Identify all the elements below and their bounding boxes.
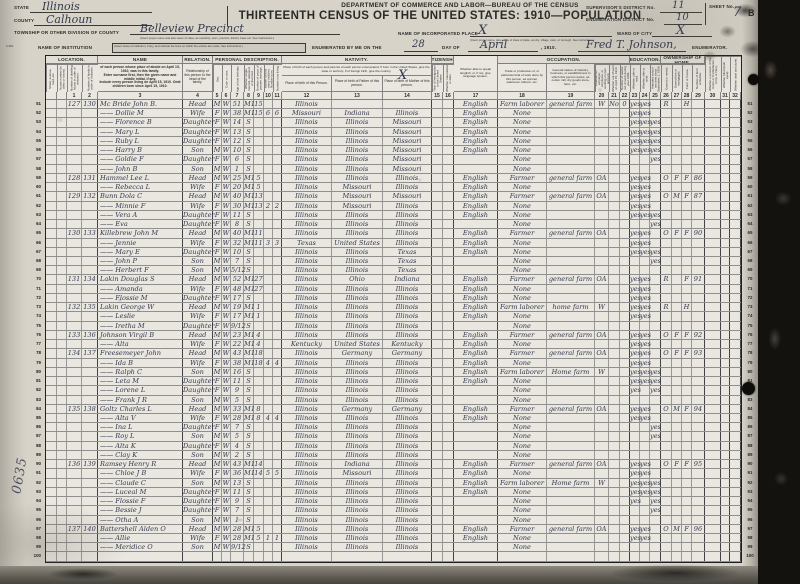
- cell-dw: 132: [67, 303, 82, 311]
- cell-deaf: [730, 229, 741, 237]
- cell-yrs: [254, 220, 264, 228]
- cell-fam: [82, 386, 98, 394]
- cell-sch: [650, 451, 661, 459]
- cell-mar: M1: [244, 331, 254, 339]
- cell-own: [661, 322, 672, 330]
- table-row: —— Alta VWifeFW28M1844IllinoisIllinoisIl…: [46, 414, 741, 423]
- cell-farm: [682, 109, 692, 117]
- cell-sched: [692, 497, 705, 505]
- cell-street: [46, 377, 57, 385]
- cell-eng: English: [454, 469, 498, 477]
- cell-rel: Head: [183, 349, 213, 357]
- cell-cls: [595, 109, 609, 117]
- cell-rd: yes: [630, 202, 640, 210]
- cell-age: 11: [231, 377, 244, 385]
- enumeration-district-label: ENUMERATION DISTRICT No.: [586, 17, 654, 22]
- cell-bf: Illinois: [332, 534, 383, 542]
- cell-race: W: [222, 386, 231, 394]
- cell-house: [57, 248, 67, 256]
- cell-sch: yes: [650, 386, 661, 394]
- table-row: —— Vera ADaughterFW11SIllinoisIllinoisIl…: [46, 211, 741, 220]
- cell-bp: Illinois: [282, 118, 332, 126]
- cell-occ: None: [498, 506, 547, 514]
- cell-cls: [595, 266, 609, 274]
- cell-sched: [692, 432, 705, 440]
- cell-mort: [672, 202, 682, 210]
- cell-bp: Illinois: [282, 211, 332, 219]
- cell-bf: Illinois: [332, 303, 383, 311]
- cell-deaf: [730, 432, 741, 440]
- institution-label: NAME OF INSTITUTION: [38, 45, 92, 50]
- cell-cb: [264, 294, 273, 302]
- cell-blind: [721, 100, 730, 108]
- cell-sex: [213, 552, 222, 560]
- cell-ind: general farm: [547, 100, 595, 108]
- cell-farm: H: [682, 100, 692, 108]
- cell-eng: English: [454, 146, 498, 154]
- cell-sch: yes: [650, 377, 661, 385]
- cell-ind: [547, 423, 595, 431]
- cell-fam: [82, 146, 98, 154]
- cell-fam: [82, 137, 98, 145]
- cell-mar: M1: [244, 100, 254, 108]
- cell-ow: [609, 312, 620, 320]
- cell-own: [661, 340, 672, 348]
- cell-sched: 87: [692, 192, 705, 200]
- column-number-farm: 28: [682, 92, 692, 100]
- cell-name: —— Bessie J: [98, 506, 183, 514]
- cell-farm: [682, 368, 692, 376]
- cell-blind: [721, 534, 730, 542]
- cell-house: [57, 211, 67, 219]
- cell-bf: Illinois: [332, 497, 383, 505]
- cell-mar: M1: [244, 469, 254, 477]
- line-number: 95: [27, 505, 43, 514]
- cell-yrs: 11: [254, 229, 264, 237]
- cell-ind: [547, 442, 595, 450]
- column-group-title: OWNERSHIP OF HOME.: [661, 56, 705, 64]
- cell-house: [57, 202, 67, 210]
- cell-house: [57, 479, 67, 487]
- column-header-yrs: Number of years of present marriage.: [254, 64, 264, 92]
- cell-cb: [264, 525, 273, 533]
- cell-wk: [620, 396, 630, 404]
- line-number: 87: [27, 431, 43, 440]
- cell-ow: [609, 146, 620, 154]
- cell-own: O: [661, 460, 672, 468]
- cell-bf: Illinois: [332, 257, 383, 265]
- cell-ow: [609, 331, 620, 339]
- cell-yrs: 1: [254, 312, 264, 320]
- cell-house: [57, 349, 67, 357]
- cell-yrs: [254, 155, 264, 163]
- line-number: 78: [27, 348, 43, 357]
- cell-wr: yes: [640, 340, 650, 348]
- cell-bp: Illinois: [282, 155, 332, 163]
- cell-street: [46, 294, 57, 302]
- cell-deaf: [730, 239, 741, 247]
- cell-cls: OA: [595, 405, 609, 413]
- cell-ow: [609, 349, 620, 357]
- cell-bf: Missouri: [332, 183, 383, 191]
- cell-deaf: [730, 211, 741, 219]
- cell-name: —— Otha A: [98, 516, 183, 524]
- cell-street: [46, 312, 57, 320]
- column-number-imm: 15: [432, 92, 443, 100]
- cell-cls: [595, 322, 609, 330]
- cell-dw: 134: [67, 349, 82, 357]
- cell-occ: None: [498, 312, 547, 320]
- cell-yrs: 27: [254, 275, 264, 283]
- cell-farm: [682, 322, 692, 330]
- column-header-occ: Trade or profession of, or particular ki…: [498, 64, 547, 92]
- cell-age: 20: [231, 183, 244, 191]
- cell-bp: Illinois: [282, 165, 332, 173]
- cell-ow: [609, 506, 620, 514]
- cell-name: —— Allie: [98, 534, 183, 542]
- cell-house: [57, 229, 67, 237]
- cell-dw: [67, 109, 82, 117]
- cell-sch: yes: [650, 118, 661, 126]
- cell-fam: [82, 165, 98, 173]
- cell-mort: [672, 423, 682, 431]
- cell-nat: [443, 118, 454, 126]
- cell-bf: Illinois: [332, 211, 383, 219]
- cell-age: 9/12: [231, 322, 244, 330]
- cell-imm: [432, 109, 443, 117]
- cell-sch: [650, 174, 661, 182]
- cell-occ: Farmer: [498, 405, 547, 413]
- cell-eng: English: [454, 109, 498, 117]
- cell-blind: [721, 488, 730, 496]
- cell-bp: Illinois: [282, 423, 332, 431]
- cell-mar: M1: [244, 349, 254, 357]
- cell-bf: Illinois: [332, 220, 383, 228]
- cell-cb: [264, 137, 273, 145]
- township-note: (Insert proper name and also name of cla…: [140, 36, 274, 40]
- cell-ind: [547, 552, 595, 560]
- cell-sch: [650, 303, 661, 311]
- cell-bm: Illinois: [383, 109, 432, 117]
- cell-mort: [672, 368, 682, 376]
- cell-rd: yes: [630, 359, 640, 367]
- cell-cb: [264, 506, 273, 514]
- cell-ind: [547, 386, 595, 394]
- cell-rel: Son: [183, 479, 213, 487]
- cell-house: [57, 414, 67, 422]
- cell-cl: [273, 312, 282, 320]
- column-header-deaf: Whether deaf and dumb.: [730, 56, 741, 92]
- cell-ind: general farm: [547, 174, 595, 182]
- cell-cb: [264, 303, 273, 311]
- cell-blind: [721, 211, 730, 219]
- cell-mar: S: [244, 396, 254, 404]
- column-group-title: OCCUPATION.: [498, 56, 630, 64]
- cell-cb: [264, 211, 273, 219]
- cell-mar: M1: [244, 460, 254, 468]
- cell-race: W: [222, 202, 231, 210]
- cell-sch: [650, 340, 661, 348]
- cell-dw: 137: [67, 525, 82, 533]
- cell-own: [661, 534, 672, 542]
- column-header-bp: Place of birth of this Person.: [282, 76, 332, 92]
- cell-occ: None: [498, 165, 547, 173]
- cell-street: [46, 340, 57, 348]
- cell-nat: [443, 165, 454, 173]
- cell-mort: [672, 432, 682, 440]
- cell-cb: [264, 285, 273, 293]
- cell-name: Lakin George W: [98, 303, 183, 311]
- cell-own: R: [661, 275, 672, 283]
- cell-war: [705, 488, 721, 496]
- cell-occ: Farmer: [498, 229, 547, 237]
- cell-fam: [82, 516, 98, 524]
- cell-imm: [432, 202, 443, 210]
- cell-sch: [650, 109, 661, 117]
- cell-age: 4: [231, 442, 244, 450]
- line-number: 79: [27, 358, 43, 367]
- cell-cls: W: [595, 303, 609, 311]
- cell-mar: S: [244, 220, 254, 228]
- cell-war: [705, 525, 721, 533]
- cell-house: [57, 183, 67, 191]
- cell-sch: [650, 534, 661, 542]
- cell-sch: yes: [650, 497, 661, 505]
- cell-farm: [682, 285, 692, 293]
- cell-fam: [82, 506, 98, 514]
- cell-name: Battershell Alden O: [98, 525, 183, 533]
- cell-bf: Missouri: [332, 469, 383, 477]
- cell-house: [57, 340, 67, 348]
- enumerated-day: 28: [412, 39, 425, 50]
- cell-cls: [595, 155, 609, 163]
- cell-wk: [620, 192, 630, 200]
- cell-deaf: [730, 220, 741, 228]
- cell-rd: yes: [630, 109, 640, 117]
- cell-own: O: [661, 174, 672, 182]
- cell-house: [57, 359, 67, 367]
- cell-deaf: [730, 183, 741, 191]
- cell-cl: [273, 331, 282, 339]
- cell-wr: [640, 165, 650, 173]
- cell-blind: [721, 497, 730, 505]
- cell-wr: [640, 516, 650, 524]
- cell-war: [705, 137, 721, 145]
- cell-war: [705, 405, 721, 413]
- cell-sex: M: [213, 192, 222, 200]
- cell-ind: [547, 451, 595, 459]
- table-row: 128131Hammel Lee LHeadMW25M15IllinoisIll…: [46, 174, 741, 183]
- cell-cls: [595, 451, 609, 459]
- column-number-dw: 1: [67, 92, 82, 100]
- cell-bp: Illinois: [282, 414, 332, 422]
- cell-mort: [672, 183, 682, 191]
- column-number-cb: 10: [264, 92, 273, 100]
- cell-yrs: 27: [254, 285, 264, 293]
- cell-fam: [82, 128, 98, 136]
- column-header-war: Whether a survivor of the Union or Confe…: [705, 56, 721, 92]
- cell-fam: 140: [82, 525, 98, 533]
- cell-bm: Illinois: [383, 396, 432, 404]
- cell-occ: None: [498, 257, 547, 265]
- cell-nat: [443, 479, 454, 487]
- cell-mort: F: [672, 349, 682, 357]
- cell-ow: [609, 211, 620, 219]
- cell-bm: Texas: [383, 248, 432, 256]
- cell-bm: Illinois: [383, 432, 432, 440]
- cell-cl: [273, 266, 282, 274]
- cell-ow: [609, 469, 620, 477]
- cell-ow: [609, 516, 620, 524]
- enumerator-label: ENUMERATOR.: [692, 45, 727, 50]
- cell-wr: [640, 396, 650, 404]
- cell-farm: [682, 543, 692, 551]
- cell-war: [705, 128, 721, 136]
- cell-cb: 4: [264, 414, 273, 422]
- cell-bp: Illinois: [282, 386, 332, 394]
- cell-rel: Wife: [183, 312, 213, 320]
- cell-ow: [609, 266, 620, 274]
- enumerator-underline: [578, 51, 686, 52]
- cell-farm: F: [682, 331, 692, 339]
- table-row: —— Frank J RSonMW5SIllinoisIllinoisIllin…: [46, 396, 741, 405]
- cell-mar: S: [244, 506, 254, 514]
- cell-ind: general farm: [547, 229, 595, 237]
- cell-yrs: [254, 266, 264, 274]
- cell-wk: [620, 146, 630, 154]
- cell-own: O: [661, 229, 672, 237]
- cell-mar: M1: [244, 229, 254, 237]
- cell-rel: Daughter: [183, 155, 213, 163]
- table-row: —— Meridice OSonMW9/12SIllinoisIllinoisI…: [46, 543, 741, 552]
- cell-sex: F: [213, 109, 222, 117]
- day-underline: [404, 51, 438, 52]
- table-row: —— EvaDaughterFW8SIllinoisIllinoisIllino…: [46, 220, 741, 229]
- cell-bp: Illinois: [282, 432, 332, 440]
- cell-bp: Illinois: [282, 266, 332, 274]
- cell-wr: yes: [640, 331, 650, 339]
- cell-farm: [682, 202, 692, 210]
- line-number: 85: [27, 413, 43, 422]
- cell-name: —— Ralph C: [98, 368, 183, 376]
- cell-wk: [620, 405, 630, 413]
- cell-rel: Daughter: [183, 377, 213, 385]
- table-row: —— Dollie MWifeFW38M11566MissouriIndiana…: [46, 109, 741, 118]
- cell-eng: English: [454, 239, 498, 247]
- cell-nat: [443, 183, 454, 191]
- cell-blind: [721, 460, 730, 468]
- cell-fam: [82, 239, 98, 247]
- cell-own: [661, 239, 672, 247]
- cell-race: W: [222, 525, 231, 533]
- cell-race: W: [222, 396, 231, 404]
- cell-nat: [443, 414, 454, 422]
- cell-bm: Illinois: [383, 359, 432, 367]
- cell-wk: [620, 211, 630, 219]
- cell-sex: M: [213, 257, 222, 265]
- cell-ind: [547, 322, 595, 330]
- cell-bm: Illinois: [383, 285, 432, 293]
- cell-wk: [620, 303, 630, 311]
- cell-occ: Farmer: [498, 525, 547, 533]
- cell-own: [661, 220, 672, 228]
- table-row: —— John PSonMW7SIllinoisIllinoisTexasNon…: [46, 257, 741, 266]
- cell-age: 23: [231, 331, 244, 339]
- cell-dw: 127: [67, 100, 82, 108]
- cell-war: [705, 155, 721, 163]
- cell-deaf: [730, 552, 741, 560]
- cell-mar: S: [244, 543, 254, 551]
- cell-mort: [672, 266, 682, 274]
- cell-wk: [620, 155, 630, 163]
- cell-nat: [443, 488, 454, 496]
- cell-age: 38: [231, 109, 244, 117]
- cell-bp: Illinois: [282, 543, 332, 551]
- cell-imm: [432, 257, 443, 265]
- cell-cl: [273, 146, 282, 154]
- cell-own: [661, 377, 672, 385]
- cell-cb: [264, 257, 273, 265]
- cell-cls: [595, 469, 609, 477]
- line-number: 73: [27, 302, 43, 311]
- cell-wk: [620, 118, 630, 126]
- cell-blind: [721, 285, 730, 293]
- cell-farm: [682, 128, 692, 136]
- cell-sched: [692, 220, 705, 228]
- cell-cb: [264, 312, 273, 320]
- cell-name: —— Ina L: [98, 423, 183, 431]
- cell-dw: 129: [67, 192, 82, 200]
- cell-sch: [650, 165, 661, 173]
- cell-bf: Illinois: [332, 137, 383, 145]
- cell-yrs: [254, 442, 264, 450]
- cell-bf: Illinois: [332, 248, 383, 256]
- cell-bm: Illinois: [383, 331, 432, 339]
- cell-imm: [432, 534, 443, 542]
- cell-dw: [67, 146, 82, 154]
- cell-nat: [443, 128, 454, 136]
- cell-dw: [67, 202, 82, 210]
- cell-eng: English: [454, 192, 498, 200]
- cell-cl: [273, 118, 282, 126]
- cell-mar: S: [244, 155, 254, 163]
- cell-nat: [443, 137, 454, 145]
- cell-wr: yes: [640, 488, 650, 496]
- cell-blind: [721, 479, 730, 487]
- cell-dw: [67, 155, 82, 163]
- cell-cb: [264, 396, 273, 404]
- cell-bp: Illinois: [282, 460, 332, 468]
- cell-yrs: [254, 432, 264, 440]
- cell-wr: [640, 497, 650, 505]
- cell-deaf: [730, 469, 741, 477]
- cell-mort: F: [672, 229, 682, 237]
- cell-house: [57, 275, 67, 283]
- cell-mar: M1: [244, 414, 254, 422]
- cell-race: W: [222, 109, 231, 117]
- cell-rd: yes: [630, 340, 640, 348]
- cell-street: [46, 137, 57, 145]
- cell-mar: S: [244, 146, 254, 154]
- cell-rd: [630, 322, 640, 330]
- cell-bf: [332, 552, 383, 560]
- cell-wk: [620, 451, 630, 459]
- cell-nat: [443, 497, 454, 505]
- cell-house: [57, 239, 67, 247]
- cell-rd: [630, 220, 640, 228]
- cell-blind: [721, 294, 730, 302]
- cell-mar: S: [244, 377, 254, 385]
